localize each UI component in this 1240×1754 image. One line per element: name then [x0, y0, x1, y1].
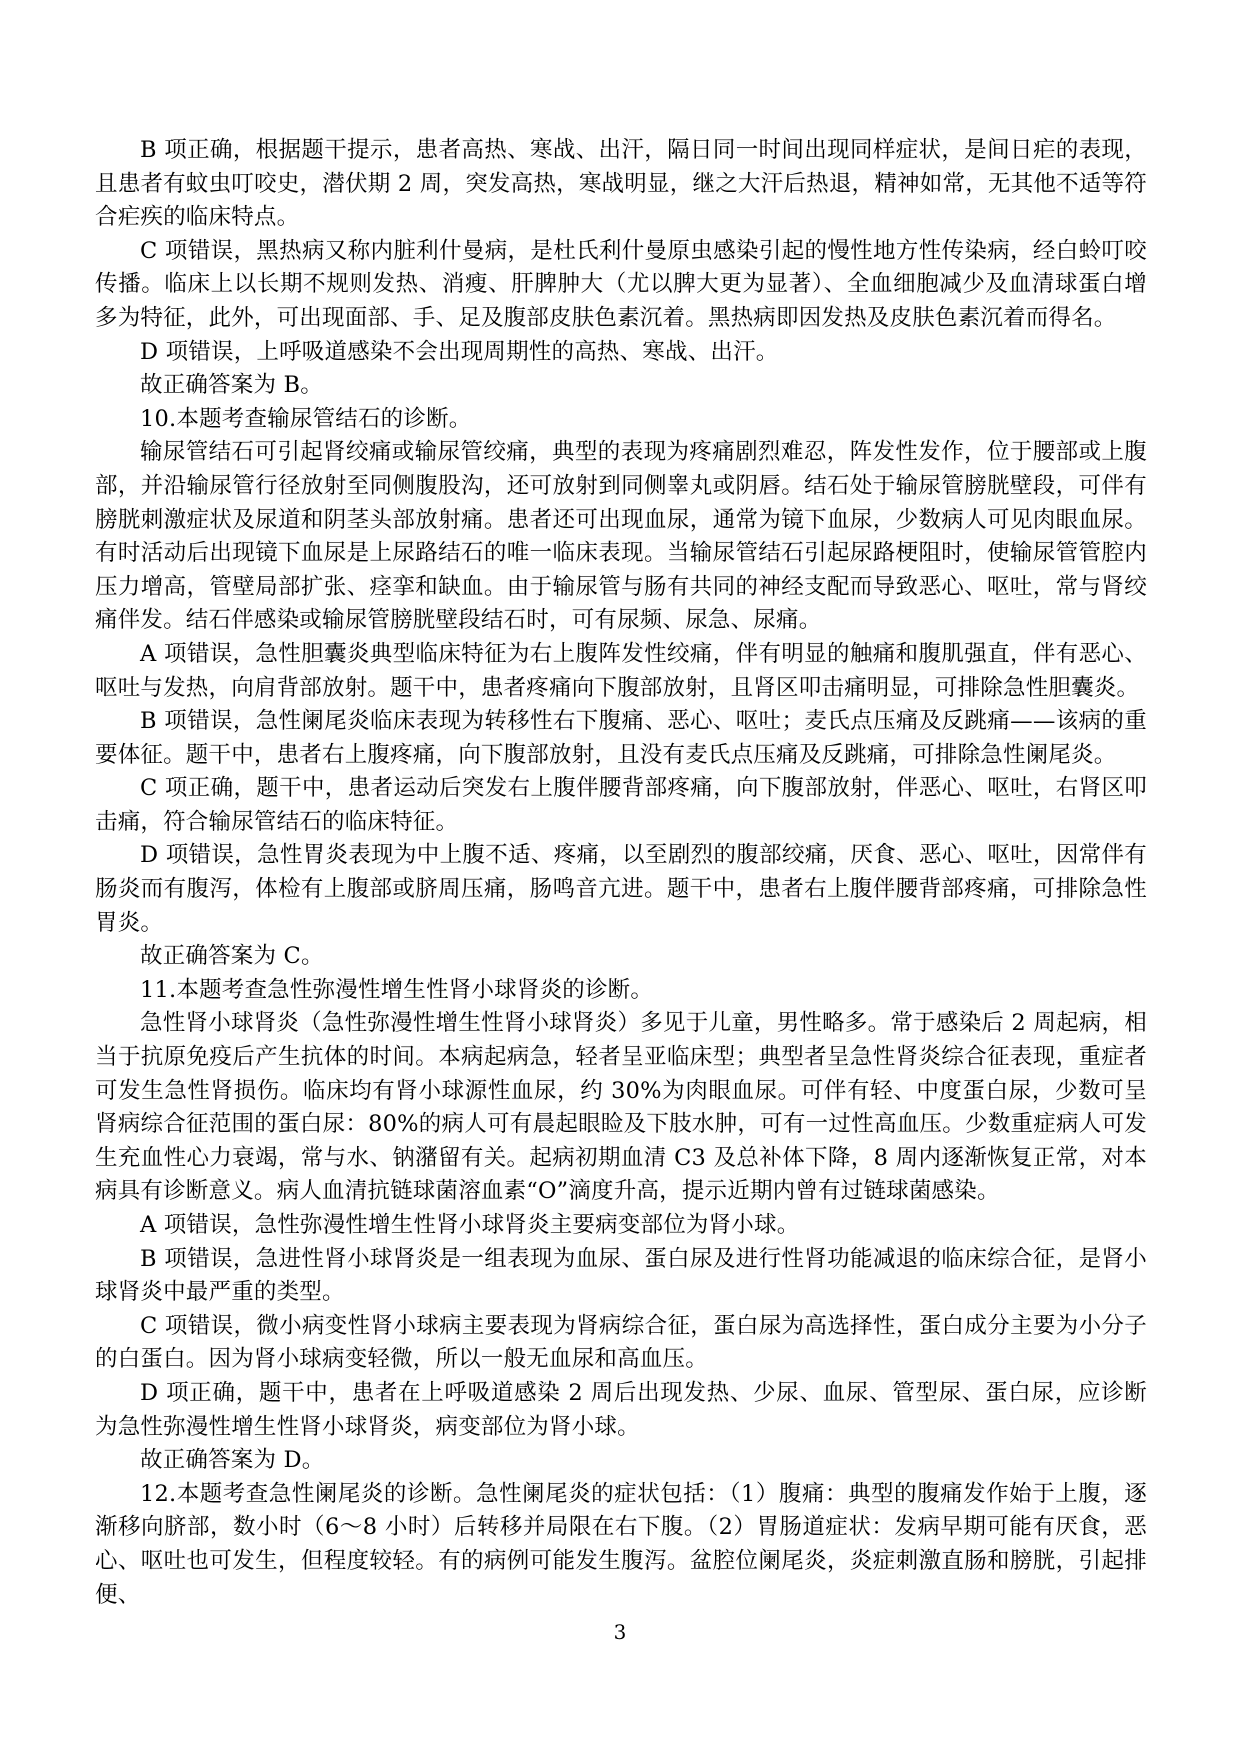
answer-paragraph: D 项错误，急性胃炎表现为中上腹不适、疼痛，以至剧烈的腹部绞痛，厌食、恶心、呕吐… [95, 839, 1147, 940]
explanation-paragraph: 急性肾小球肾炎（急性弥漫性增生性肾小球肾炎）多见于儿童，男性略多。常于感染后 2… [95, 1007, 1147, 1209]
document-body: B 项正确，根据题干提示，患者高热、寒战、出汗，隔日同一时间出现同样症状，是间日… [95, 134, 1147, 1612]
answer-paragraph: C 项正确，题干中，患者运动后突发右上腹伴腰背部疼痛，向下腹部放射，伴恶心、呕吐… [95, 772, 1147, 839]
explanation-paragraph: 输尿管结石可引起肾绞痛或输尿管绞痛，典型的表现为疼痛剧烈难忍，阵发性发作，位于腰… [95, 436, 1147, 638]
document-page: B 项正确，根据题干提示，患者高热、寒战、出汗，隔日同一时间出现同样症状，是间日… [0, 0, 1240, 1754]
answer-conclusion: 故正确答案为 B。 [95, 369, 1147, 403]
answer-paragraph: B 项正确，根据题干提示，患者高热、寒战、出汗，隔日同一时间出现同样症状，是间日… [95, 134, 1147, 235]
question-heading: 12.本题考查急性阑尾炎的诊断。急性阑尾炎的症状包括：（1）腹痛：典型的腹痛发作… [95, 1478, 1147, 1612]
answer-paragraph: C 项错误，微小病变性肾小球病主要表现为肾病综合征，蛋白尿为高选择性，蛋白成分主… [95, 1310, 1147, 1377]
answer-paragraph: D 项错误，上呼吸道感染不会出现周期性的高热、寒战、出汗。 [95, 336, 1147, 370]
question-heading: 10.本题考查输尿管结石的诊断。 [95, 403, 1147, 437]
answer-paragraph: C 项错误，黑热病又称内脏利什曼病，是杜氏利什曼原虫感染引起的慢性地方性传染病，… [95, 235, 1147, 336]
answer-paragraph: A 项错误，急性弥漫性增生性肾小球肾炎主要病变部位为肾小球。 [95, 1209, 1147, 1243]
answer-conclusion: 故正确答案为 C。 [95, 940, 1147, 974]
answer-conclusion: 故正确答案为 D。 [95, 1444, 1147, 1478]
question-heading: 11.本题考查急性弥漫性增生性肾小球肾炎的诊断。 [95, 974, 1147, 1008]
page-number: 3 [0, 1620, 1240, 1644]
answer-paragraph: A 项错误，急性胆囊炎典型临床特征为右上腹阵发性绞痛，伴有明显的触痛和腹肌强直，… [95, 638, 1147, 705]
answer-paragraph: D 项正确，题干中，患者在上呼吸道感染 2 周后出现发热、少尿、血尿、管型尿、蛋… [95, 1377, 1147, 1444]
answer-paragraph: B 项错误，急进性肾小球肾炎是一组表现为血尿、蛋白尿及进行性肾功能减退的临床综合… [95, 1243, 1147, 1310]
answer-paragraph: B 项错误，急性阑尾炎临床表现为转移性右下腹痛、恶心、呕吐；麦氏点压痛及反跳痛—… [95, 705, 1147, 772]
